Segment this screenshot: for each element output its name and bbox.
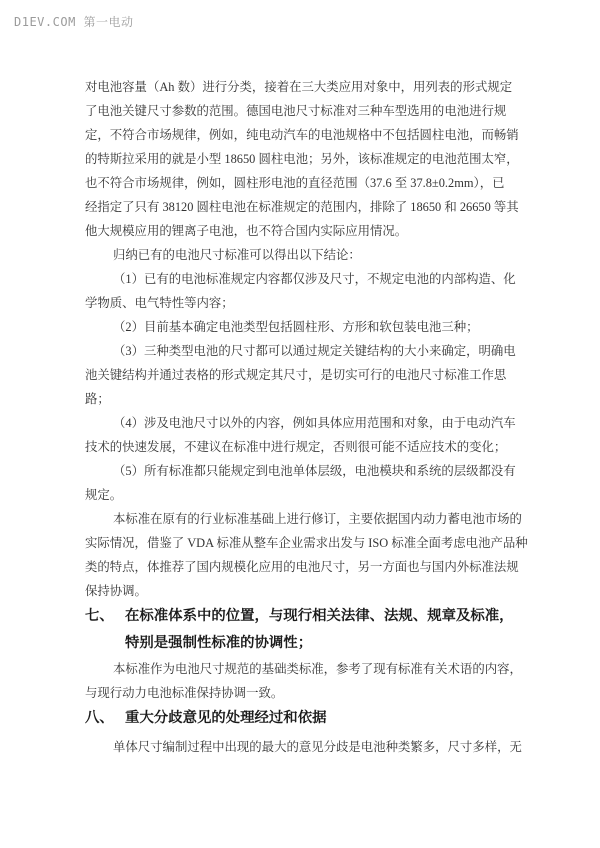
text-line: 了电池关键尺寸参数的范围。德国电池尺寸标准对三种车型选用的电池进行规 (85, 99, 523, 123)
text-line: 归纳已有的电池尺寸标准可以得出以下结论： (85, 243, 523, 267)
section-title: 重大分歧意见的处理经过和依据 (125, 705, 326, 732)
section-title-continuation: 特别是强制性标准的协调性； (85, 630, 523, 657)
watermark: D1EV.COM 第一电动 (14, 13, 134, 30)
text-line: 与现行动力电池标准保持协调一致。 (85, 681, 523, 705)
section-number: 七、 (85, 603, 125, 630)
text-line: 学物质、电气特性等内容； (85, 291, 523, 315)
text-line: 技术的快速发展，不建议在标准中进行规定，否则很可能不适应技术的变化； (85, 435, 523, 459)
section-number: 八、 (85, 705, 125, 732)
text-line: 池关键结构并通过表格的形式规定其尺寸，是切实可行的电池尺寸标准工作思 (85, 363, 523, 387)
text-line: 路； (85, 387, 523, 411)
text-line: 实际情况，借鉴了 VDA 标准从整车企业需求出发与 ISO 标准全面考虑电池产品… (85, 531, 523, 555)
text-line: 类的特点，体推荐了国内规模化应用的电池尺寸，另一方面也与国内外标准法规 (85, 555, 523, 579)
text-line: 的特斯拉采用的就是小型 18650 圆柱电池；另外，该标准规定的电池范围太窄， (85, 147, 523, 171)
text-line: （1）已有的电池标准规定内容都仅涉及尺寸，不规定电池的内部构造、化 (85, 267, 523, 291)
text-line: 也不符合市场规律，例如，圆柱形电池的直径范围（37.6 至 37.8±0.2mm… (85, 171, 523, 195)
section-heading: 八、重大分歧意见的处理经过和依据 (85, 705, 523, 732)
text-line: （5）所有标准都只能规定到电池单体层级，电池模块和系统的层级都没有 (85, 459, 523, 483)
text-line: 规定。 (85, 483, 523, 507)
section-title: 在标准体系中的位置，与现行相关法律、法规、规章及标准， (125, 603, 514, 630)
text-line: （4）涉及电池尺寸以外的内容，例如具体应用范围和对象，由于电动汽车 (85, 411, 523, 435)
text-line: 本标准在原有的行业标准基础上进行修订，主要依据国内动力蓄电池市场的 (85, 507, 523, 531)
text-line: 经指定了只有 38120 圆柱电池在标准规定的范围内，排除了 18650 和 2… (85, 195, 523, 219)
text-line: 保持协调。 (85, 579, 523, 603)
section-heading: 七、在标准体系中的位置，与现行相关法律、法规、规章及标准， (85, 603, 523, 630)
document-body: 对电池容量（Ah 数）进行分类，接着在三大类应用对象中，用列表的形式规定了电池关… (85, 75, 523, 759)
text-line: 他大规模应用的锂离子电池，也不符合国内实际应用情况。 (85, 219, 523, 243)
text-line: （2）目前基本确定电池类型包括圆柱形、方形和软包装电池三种； (85, 315, 523, 339)
text-line: （3）三种类型电池的尺寸都可以通过规定关键结构的大小来确定，明确电 (85, 339, 523, 363)
text-line: 对电池容量（Ah 数）进行分类，接着在三大类应用对象中，用列表的形式规定 (85, 75, 523, 99)
text-line: 单体尺寸编制过程中出现的最大的意见分歧是电池种类繁多，尺寸多样，无 (85, 735, 523, 759)
text-line: 本标准作为电池尺寸规范的基础类标准，参考了现有标准有关术语的内容， (85, 657, 523, 681)
text-line: 定，不符合市场规律，例如，纯电动汽车的电池规格中不包括圆柱电池，而畅销 (85, 123, 523, 147)
document-page: D1EV.COM 第一电动 对电池容量（Ah 数）进行分类，接着在三大类应用对象… (0, 0, 600, 848)
